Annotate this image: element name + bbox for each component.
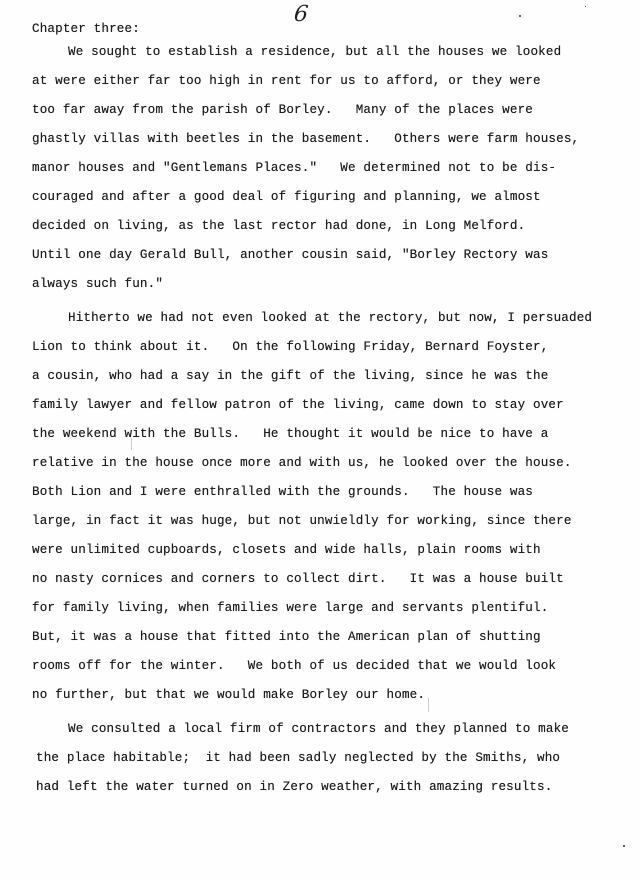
text-line: large, in fact it was huge, but not unwi… <box>32 514 572 528</box>
scan-mark <box>428 698 429 712</box>
text-line: were unlimited cupboards, closets and wi… <box>32 543 541 557</box>
scan-speck <box>623 845 625 847</box>
handwritten-page-number: 6 <box>293 2 310 27</box>
text-line: for family living, when families were la… <box>32 601 548 615</box>
text-line: But, it was a house that fitted into the… <box>32 630 541 644</box>
text-line: Until one day Gerald Bull, another cousi… <box>32 248 548 262</box>
text-line: couraged and after a good deal of figuri… <box>32 190 541 204</box>
typewritten-page: 6 Chapter three: We sought to establish … <box>0 0 640 880</box>
text-line: the place habitable; it had been sadly n… <box>36 751 560 765</box>
scan-mark <box>131 438 132 450</box>
chapter-heading: Chapter three: <box>32 22 140 36</box>
text-line: no further, but that we would make Borle… <box>32 688 425 702</box>
text-line: manor houses and "Gentlemans Places." We… <box>32 161 556 175</box>
text-line: decided on living, as the last rector ha… <box>32 219 525 233</box>
scan-speck <box>519 15 521 17</box>
text-line: at were either far too high in rent for … <box>32 74 541 88</box>
text-line: Lion to think about it. On the following… <box>32 340 548 354</box>
text-line: We consulted a local firm of contractors… <box>68 722 569 736</box>
text-line: rooms off for the winter. We both of us … <box>32 659 556 673</box>
text-line: a cousin, who had a say in the gift of t… <box>32 369 548 383</box>
text-line: ghastly villas with beetles in the basem… <box>32 132 579 146</box>
text-line: no nasty cornices and corners to collect… <box>32 572 564 586</box>
text-line: Both Lion and I were enthralled with the… <box>32 485 533 499</box>
text-line: We sought to establish a residence, but … <box>68 45 561 59</box>
text-line: Hitherto we had not even looked at the r… <box>68 311 592 325</box>
text-line: family lawyer and fellow patron of the l… <box>32 398 564 412</box>
text-line: had left the water turned on in Zero wea… <box>36 780 552 794</box>
text-line: too far away from the parish of Borley. … <box>32 103 533 117</box>
text-line: the weekend with the Bulls. He thought i… <box>32 427 548 441</box>
scan-speck <box>585 6 586 7</box>
text-line: always such fun." <box>32 277 163 291</box>
text-line: relative in the house once more and with… <box>32 456 572 470</box>
